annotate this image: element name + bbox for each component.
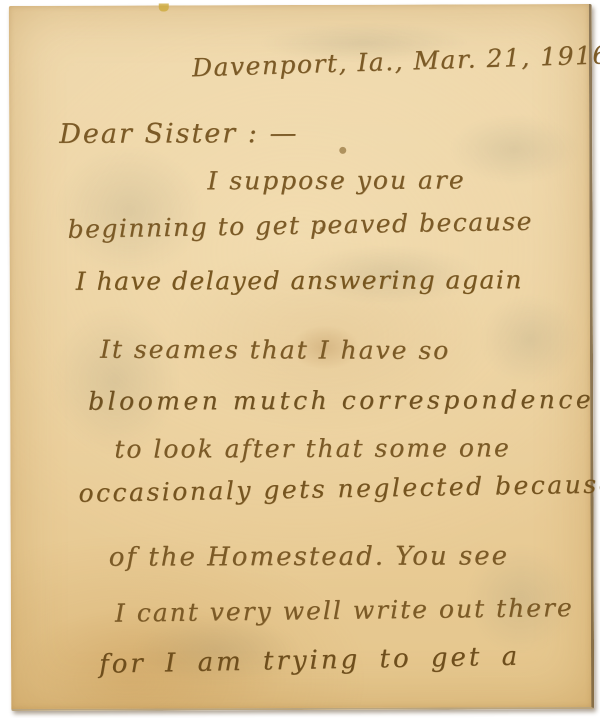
ink-bleedthrough-smudge	[480, 294, 580, 384]
letter-body-line: bloomen mutch correspondence	[88, 385, 594, 416]
letter-body-line: occasionaly gets neglected because	[78, 469, 600, 507]
letter-body-line: I have delayed answering again	[76, 265, 523, 296]
letter-salutation: Dear Sister : —	[59, 118, 298, 150]
letter-body-line: to look after that some one	[114, 433, 511, 463]
ink-bleedthrough-smudge	[54, 145, 204, 276]
letter-body-line: I cant very well write out there	[115, 593, 574, 628]
ink-bleedthrough-smudge	[50, 305, 181, 455]
paper-edge-tab	[159, 3, 169, 11]
letter-body-line: It seames that I have so	[100, 335, 450, 365]
letter-dateline: Davenport, Ia., Mar. 21, 1916.	[192, 40, 600, 82]
letter-body-line: beginning to get peaved because	[67, 207, 533, 244]
letter-body-line: for I am trying to get a	[99, 642, 521, 680]
ink-bleedthrough-smudge	[449, 114, 579, 184]
letter-paper: Davenport, Ia., Mar. 21, 1916. Dear Sist…	[9, 4, 594, 711]
letter-body-line: of the Homestead. You see	[109, 541, 509, 572]
letter-body-line: I suppose you are	[207, 165, 465, 195]
ink-speck	[339, 147, 346, 154]
letter-scan: Davenport, Ia., Mar. 21, 1916. Dear Sist…	[0, 0, 600, 718]
